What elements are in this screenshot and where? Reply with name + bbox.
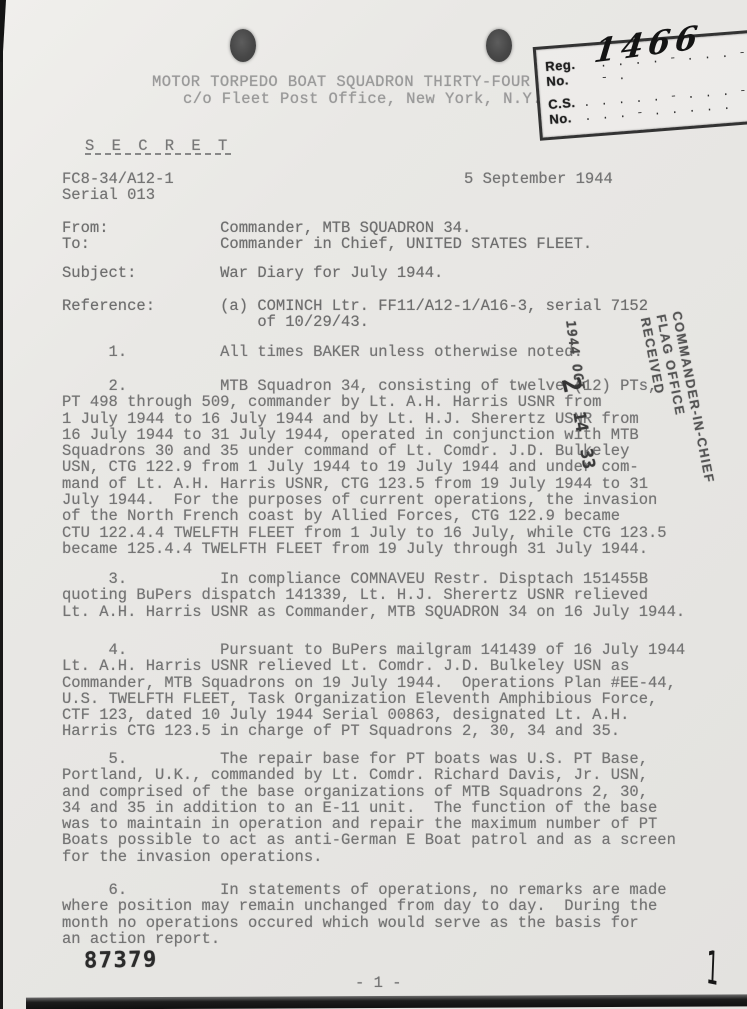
reference-block: Reference: (a) COMINCH Ltr. FF11/A12-1/A… [62,298,702,331]
serial-number: Serial 013 [62,187,155,203]
cs-no-dotted-line: . . . . . - . . . - . . . - . . . . . [583,82,747,124]
scanned-document-page: MOTOR TORPEDO BOAT SQUADRON THIRTY-FOUR … [0,0,747,1009]
paragraph-3: 3. In compliance COMNAVEU Restr. Disptac… [62,571,707,620]
paragraph-4: 4. Pursuant to BuPers mailgram 141439 of… [62,642,707,740]
cs-no-row: C.S. No. . . . . . - . . . - . . . - . .… [548,80,747,127]
scan-edge-left [0,0,3,1009]
cs-no-label: C.S. No. [548,95,580,127]
page-number: - 1 - [355,975,402,991]
file-number: FC8-34/A12-1 [62,171,174,187]
paragraph-1: 1. All times BAKER unless otherwise note… [62,344,707,360]
address-block: From: Commander, MTB SQUADRON 34. To: Co… [62,220,702,253]
paragraph-2: 2. MTB Squadron 34, consisting of twelve… [62,378,707,557]
scan-corner-artifact [0,0,6,62]
letterhead-line1: MOTOR TORPEDO BOAT SQUADRON THIRTY-FOUR [152,74,530,90]
document-date: 5 September 1944 [464,171,613,187]
letterhead-line2: c/o Fleet Post Office, New York, N.Y. [183,91,542,107]
paragraph-6: 6. In statements of operations, no remar… [62,882,707,947]
scan-edge-bottom [26,994,747,1009]
registry-stamp-box: Reg. No. . . . . - . . . - - . 1466 C.S.… [533,29,747,141]
reg-no-label: Reg. No. [545,55,597,89]
classification-marking: S E C R E T [85,138,231,154]
paragraph-5: 5. The repair base for PT boats was U.S.… [62,751,707,865]
received-stamp-hour: 14 [568,410,591,434]
punch-hole [230,29,256,62]
subject-line: Subject: War Diary for July 1944. [62,265,702,281]
archive-serial-stamp: 87379 [84,947,158,973]
punch-hole [486,29,512,62]
received-stamp-minute: 33 [575,447,598,471]
handwritten-page-mark: 1 [706,947,720,989]
